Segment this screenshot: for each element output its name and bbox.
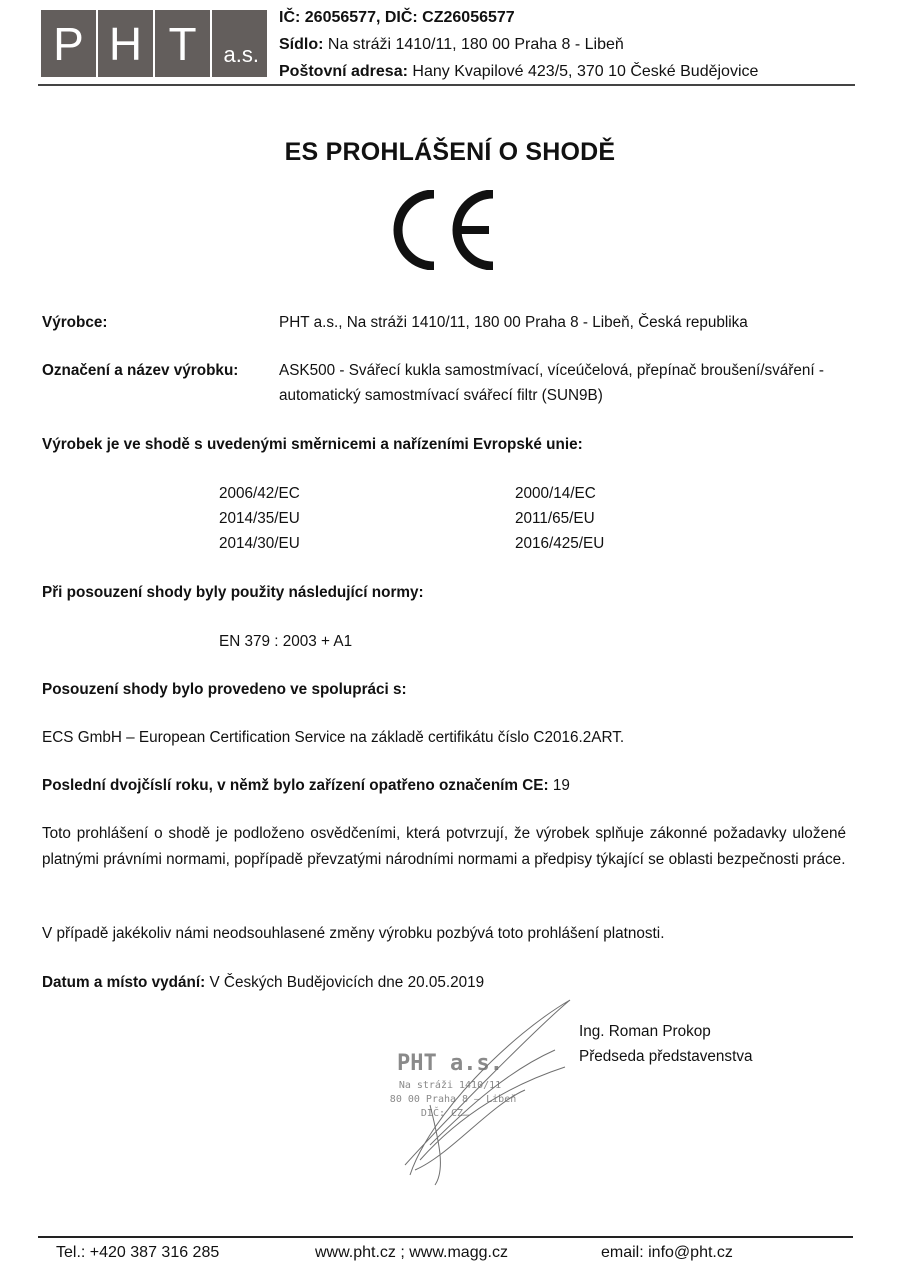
logo-letter-p: P (41, 10, 96, 77)
cooperation-value: ECS GmbH – European Certification Servic… (42, 725, 624, 750)
logo-letter-t: T (155, 10, 210, 77)
postal-value: Hany Kvapilové 423/5, 370 10 České Buděj… (412, 63, 758, 80)
directive-item: 2006/42/EC (219, 481, 300, 506)
company-seat: Sídlo: Na stráži 1410/11, 180 00 Praha 8… (279, 35, 624, 55)
norm-item: EN 379 : 2003 + A1 (219, 629, 352, 654)
company-postal-address: Poštovní adresa: Hany Kvapilové 423/5, 3… (279, 62, 758, 82)
product-value-line1: ASK500 - Svářecí kukla samostmívací, víc… (279, 358, 824, 383)
directive-item: 2000/14/EC (515, 481, 596, 506)
company-logo: P H T a.s. (41, 10, 267, 77)
ce-year-label: Poslední dvojčíslí roku, v němž bylo zař… (42, 777, 549, 794)
footer-phone: Tel.: +420 387 316 285 (56, 1244, 219, 1262)
seat-label: Sídlo: (279, 36, 323, 53)
directive-item: 2011/65/EU (515, 506, 595, 531)
document-title: ES PROHLÁŠENÍ O SHODĚ (0, 138, 900, 167)
footer-email[interactable]: email: info@pht.cz (601, 1244, 733, 1262)
directive-item: 2014/30/EU (219, 531, 300, 556)
manufacturer-label: Výrobce: (42, 310, 107, 335)
seat-value: Na stráži 1410/11, 180 00 Praha 8 - Libe… (328, 36, 624, 53)
issue-date-label: Datum a místo vydání: (42, 974, 205, 991)
signatory-role: Předseda představenstva (579, 1044, 752, 1069)
manufacturer-value: PHT a.s., Na stráži 1410/11, 180 00 Prah… (279, 310, 748, 335)
header-divider (38, 84, 855, 86)
product-label: Označení a název výrobku: (42, 358, 238, 383)
logo-suffix: a.s. (212, 10, 267, 77)
stamp-line1: PHT a.s. (397, 1051, 503, 1076)
logo-letter-h: H (98, 10, 153, 77)
directive-item: 2014/35/EU (219, 506, 300, 531)
cooperation-heading: Posouzení shody bylo provedeno ve spolup… (42, 677, 407, 702)
issue-date-value: V Českých Budějovicích dne 20.05.2019 (209, 974, 484, 991)
issue-date-line: Datum a místo vydání: V Českých Budějovi… (42, 970, 484, 995)
footer-divider (38, 1236, 853, 1238)
ce-mark-icon (388, 190, 498, 270)
signature-stroke (405, 1000, 570, 1185)
directives-heading: Výrobek je ve shodě s uvedenými směrnice… (42, 432, 583, 457)
footer-web[interactable]: www.pht.cz ; www.magg.cz (315, 1244, 508, 1262)
validity-paragraph: V případě jakékoliv námi neodsouhlasené … (42, 921, 664, 946)
ce-year-line: Poslední dvojčíslí roku, v němž bylo zař… (42, 773, 570, 798)
directive-item: 2016/425/EU (515, 531, 604, 556)
postal-label: Poštovní adresa: (279, 63, 408, 80)
declaration-paragraph: Toto prohlášení o shodě je podloženo osv… (42, 821, 846, 872)
company-stamp-signature: PHT a.s. Na stráži 1410/11 180 00 Praha … (390, 995, 590, 1190)
product-value-line2: automatický samostmívací svářecí filtr (… (279, 383, 603, 408)
signatory-name: Ing. Roman Prokop (579, 1019, 711, 1044)
norms-heading: Při posouzení shody byly použity následu… (42, 580, 424, 605)
company-ids: IČ: 26056577, DIČ: CZ26056577 (279, 8, 515, 28)
ce-year-value: 19 (553, 777, 570, 794)
